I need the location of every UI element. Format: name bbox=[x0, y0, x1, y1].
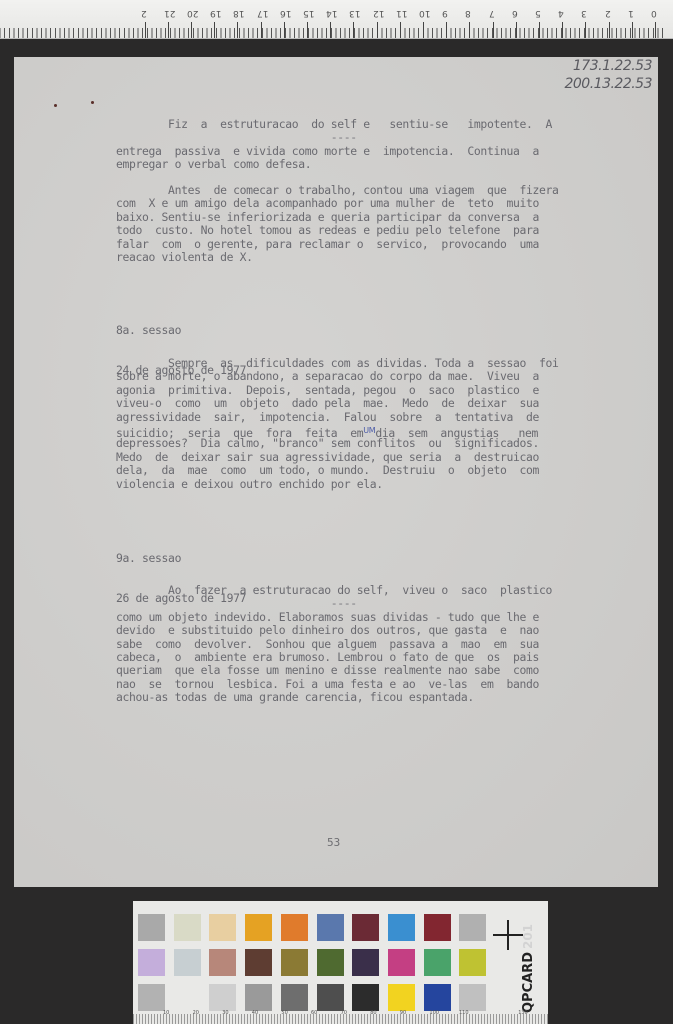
ruler-label: 10 bbox=[419, 8, 430, 18]
text-line: reacao violenta de X. bbox=[116, 251, 596, 264]
ruler-major-tick bbox=[516, 22, 517, 38]
color-swatch bbox=[352, 949, 379, 976]
ruler-major-tick bbox=[539, 22, 540, 38]
ruler-major-tick bbox=[214, 22, 215, 38]
text-line: com X e um amigo dela acompanhado por um… bbox=[116, 197, 596, 210]
text-line: ---- bbox=[116, 131, 596, 144]
ruler-label: 20 bbox=[187, 8, 198, 18]
ruler-major-tick bbox=[284, 22, 285, 38]
ruler-label: 6 bbox=[512, 8, 518, 18]
color-swatch bbox=[424, 949, 451, 976]
text-line: depressoes? Dia calmo, "branco" sem conf… bbox=[116, 437, 596, 450]
session-title: 8a. sessao bbox=[116, 324, 596, 337]
ruler-major-tick bbox=[446, 22, 447, 38]
ruler-label: 12 bbox=[373, 8, 384, 18]
text-line: viveu-o como um objeto dado pela mae. Me… bbox=[116, 397, 596, 410]
ruler-label: 7 bbox=[489, 8, 495, 18]
ruler-label: 8 bbox=[465, 8, 471, 18]
session-9-body: Ao fazer a estruturacao do self, viveu o… bbox=[116, 584, 596, 705]
ruler-ticks bbox=[0, 28, 663, 38]
ruler-major-tick bbox=[493, 22, 494, 38]
text-line: empregar o verbal como defesa. bbox=[116, 158, 596, 171]
text-line: sobre a morte, o abandono, a separacao d… bbox=[116, 370, 596, 383]
color-calibration-card: QPCARD201 102030405060708090100110130 bbox=[133, 901, 548, 1024]
ruler-label: 14 bbox=[326, 8, 337, 18]
card-ruler-label: 50 bbox=[281, 1010, 287, 1016]
ruler-label: 4 bbox=[558, 8, 564, 18]
color-swatch bbox=[388, 984, 415, 1011]
archive-code: 173.1.22.53 200.13.22.53 bbox=[564, 57, 652, 93]
color-swatch bbox=[424, 984, 451, 1011]
ruler-major-tick bbox=[469, 22, 470, 38]
ruler-major-tick bbox=[632, 22, 633, 38]
archive-code-line-2: 200.13.22.53 bbox=[564, 75, 652, 93]
color-swatch bbox=[174, 949, 201, 976]
card-ruler-label: 110 bbox=[459, 1010, 469, 1016]
ruler-major-tick bbox=[585, 22, 586, 38]
color-swatch bbox=[459, 914, 486, 941]
color-swatch bbox=[138, 949, 165, 976]
session-8-body: Sempre as dificuldades com as dividas. T… bbox=[116, 357, 596, 491]
text-line: violencia e deixou outro enchido por ela… bbox=[116, 478, 596, 491]
text-line: dela, da mae como um todo, o mundo. Dest… bbox=[116, 464, 596, 477]
text-line: como um objeto indevido. Elaboramos suas… bbox=[116, 611, 596, 624]
ruler-label: 3 bbox=[581, 8, 587, 18]
color-swatch bbox=[245, 914, 272, 941]
session-title: 9a. sessao bbox=[116, 552, 596, 565]
text-line: entrega passiva e vivida como morte e im… bbox=[116, 145, 596, 158]
color-swatch bbox=[281, 914, 308, 941]
text-line: Antes de comecar o trabalho, contou uma … bbox=[116, 184, 596, 197]
ruler-label: 13 bbox=[349, 8, 360, 18]
color-swatch bbox=[424, 914, 451, 941]
ink-dot bbox=[91, 101, 94, 104]
text-line: Fiz a estruturacao do self e sentiu-se i… bbox=[116, 118, 596, 131]
card-ruler-label: 90 bbox=[400, 1010, 406, 1016]
ruler-major-tick bbox=[237, 22, 238, 38]
ruler-major-tick bbox=[655, 22, 656, 38]
ruler-major-tick bbox=[353, 22, 354, 38]
ruler-label: 15 bbox=[303, 8, 314, 18]
ruler-label: 1 bbox=[628, 8, 634, 18]
card-ruler-label: 130 bbox=[518, 1010, 528, 1016]
ruler-major-tick bbox=[191, 22, 192, 38]
ruler-label: 18 bbox=[233, 8, 244, 18]
text-line: queriam que ela fosse um menino e disse … bbox=[116, 664, 596, 677]
card-ruler-label: 30 bbox=[222, 1010, 228, 1016]
ruler-major-tick bbox=[423, 22, 424, 38]
color-swatch bbox=[245, 984, 272, 1011]
color-swatch bbox=[317, 914, 344, 941]
ink-dot bbox=[54, 104, 57, 107]
text-line: agressividade sair, impotencia. Falou so… bbox=[116, 411, 596, 424]
color-swatch bbox=[388, 949, 415, 976]
text-line: achou-as todas de uma grande carencia, f… bbox=[116, 691, 596, 704]
color-swatch bbox=[174, 984, 201, 1011]
ruler-major-tick bbox=[145, 22, 146, 38]
crosshair-icon bbox=[507, 920, 509, 950]
text-line: Medo de deixar sair sua agressividade, q… bbox=[116, 451, 596, 464]
ruler-label: 21 bbox=[164, 8, 175, 18]
ruler-major-tick bbox=[330, 22, 331, 38]
ruler-label: 11 bbox=[396, 8, 407, 18]
color-swatch bbox=[209, 949, 236, 976]
text-line: Sempre as dificuldades com as dividas. T… bbox=[116, 357, 596, 370]
paragraph-1: Fiz a estruturacao do self e sentiu-se i… bbox=[116, 118, 596, 172]
color-swatch bbox=[209, 914, 236, 941]
ruler-major-tick bbox=[261, 22, 262, 38]
ruler-label: 16 bbox=[280, 8, 291, 18]
ruler-label: 2 bbox=[141, 8, 147, 18]
text-line: ---- bbox=[116, 597, 596, 610]
card-ruler-label: 40 bbox=[252, 1010, 258, 1016]
paragraph-2: Antes de comecar o trabalho, contou uma … bbox=[116, 184, 596, 264]
card-brand: QPCARD201 bbox=[521, 913, 536, 1013]
color-swatch bbox=[459, 984, 486, 1011]
color-swatch bbox=[352, 914, 379, 941]
ruler-label: 0 bbox=[651, 8, 657, 18]
color-swatch bbox=[138, 914, 165, 941]
ruler-label: 5 bbox=[535, 8, 541, 18]
page-number: 53 bbox=[327, 836, 340, 849]
ruler-label: 9 bbox=[442, 8, 448, 18]
text-line: todo custo. No hotel tomou as redeas e p… bbox=[116, 224, 596, 237]
color-swatch bbox=[388, 914, 415, 941]
color-swatch bbox=[352, 984, 379, 1011]
color-swatch bbox=[317, 984, 344, 1011]
handwritten-insert: UM bbox=[363, 426, 375, 435]
color-swatch bbox=[281, 949, 308, 976]
card-ruler-label: 10 bbox=[163, 1010, 169, 1016]
ruler-label: 2 bbox=[605, 8, 611, 18]
text-line: agonia primitiva. Depois, sentada, pegou… bbox=[116, 384, 596, 397]
color-swatch bbox=[138, 984, 165, 1011]
text-line: devido e substituido pelo dinheiro dos o… bbox=[116, 624, 596, 637]
color-swatch bbox=[281, 984, 308, 1011]
ruler-label: 19 bbox=[210, 8, 221, 18]
ruler-major-tick bbox=[307, 22, 308, 38]
card-ruler-label: 80 bbox=[370, 1010, 376, 1016]
color-swatch bbox=[459, 949, 486, 976]
color-swatch bbox=[245, 949, 272, 976]
card-ruler-label: 100 bbox=[429, 1010, 439, 1016]
color-swatch bbox=[317, 949, 344, 976]
card-ruler-label: 60 bbox=[311, 1010, 317, 1016]
text-line: suicidio; seria que fora feita emUMdia s… bbox=[116, 424, 596, 437]
ruler-major-tick bbox=[168, 22, 169, 38]
text-line: baixo. Sentiu-se inferiorizada e queria … bbox=[116, 211, 596, 224]
card-ruler-label: 70 bbox=[341, 1010, 347, 1016]
ruler-major-tick bbox=[400, 22, 401, 38]
text-line: falar com o gerente, para reclamar o ser… bbox=[116, 238, 596, 251]
card-ruler-label: 20 bbox=[193, 1010, 199, 1016]
text-line: Ao fazer a estruturacao do self, viveu o… bbox=[116, 584, 596, 597]
ruler-major-tick bbox=[609, 22, 610, 38]
ruler-major-tick bbox=[562, 22, 563, 38]
ruler-label: 17 bbox=[257, 8, 268, 18]
text-line: nao se tornou lesbica. Foi a uma festa e… bbox=[116, 678, 596, 691]
document-page: 173.1.22.53 200.13.22.53 Fiz a estrutura… bbox=[14, 57, 658, 887]
ruler-major-tick bbox=[377, 22, 378, 38]
color-swatch bbox=[174, 914, 201, 941]
text-line: sabe como devolver. Sonhou que alguem pa… bbox=[116, 638, 596, 651]
text-line: cabeca, o ambiente era brumoso. Lembrou … bbox=[116, 651, 596, 664]
archive-code-line-1: 173.1.22.53 bbox=[564, 57, 652, 75]
measurement-ruler: 01234567891011121314151617181920212 bbox=[0, 0, 673, 39]
color-swatch bbox=[209, 984, 236, 1011]
